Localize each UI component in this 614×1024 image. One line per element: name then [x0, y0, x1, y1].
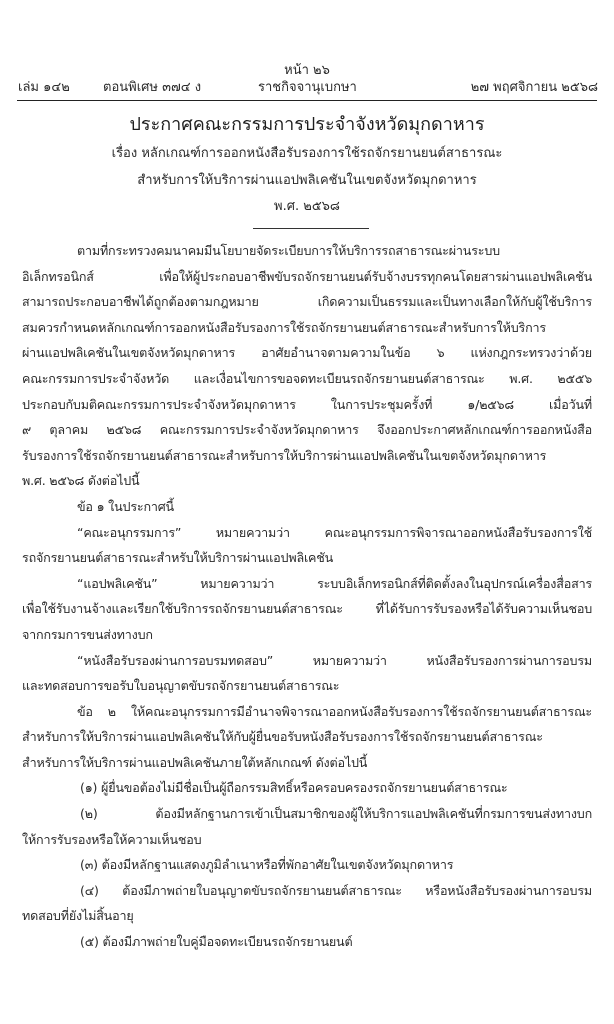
body-line: คณะกรรมการประจำจังหวัด และเงื่อนไขการขอจ…	[22, 366, 592, 392]
criteria-item: (๔) ต้องมีภาพถ่ายใบอนุญาตขับรถจักรยานยนต…	[22, 878, 592, 904]
body-line: ประกอบกับมติคณะกรรมการประจำจังหวัดมุกดาห…	[22, 392, 592, 418]
page-number: หน้า ๒๖	[0, 63, 614, 79]
gazette-name: ราชกิจจานุเบกษา	[258, 80, 357, 96]
clause-line: สำหรับการให้บริการผ่านแอปพลิเคชันภายใต้ห…	[22, 750, 592, 776]
definition-line: “หนังสือรับรองผ่านการอบรมทดสอบ” หมายความ…	[22, 648, 592, 674]
body-line: รับรองการใช้รถจักรยานยนต์สาธารณะสำหรับกา…	[22, 443, 592, 469]
clause-line: ข้อ ๒ ให้คณะอนุกรรมการมีอำนาจพิจารณาออกห…	[22, 699, 592, 725]
document-body: ตามที่กระทรวงคมนาคมมีนโยบายจัดระเบียบการ…	[22, 238, 592, 955]
criteria-item: (๒) ต้องมีหลักฐานการเข้าเป็นสมาชิกของผู้…	[22, 801, 592, 827]
definition-line: จากกรมการขนส่งทางบก	[22, 622, 592, 648]
body-line: ผ่านแอปพลิเคชันในเขตจังหวัดมุกดาหาร อาศั…	[22, 340, 592, 366]
clause-line: สำหรับการให้บริการผ่านแอปพลิเคชันให้กับผ…	[22, 724, 592, 750]
gazette-header: เล่ม ๑๔๒ ตอนพิเศษ ๓๗๔ ง ราชกิจจานุเบกษา …	[18, 80, 598, 98]
header-divider	[17, 100, 597, 101]
issue-label: ตอนพิเศษ ๓๗๔ ง	[103, 80, 201, 96]
publication-date: ๒๗ พฤศจิกายน ๒๕๖๘	[471, 80, 598, 96]
definition-line: “แอปพลิเคชัน” หมายความว่า ระบบอิเล็กทรอน…	[22, 571, 592, 597]
document-subject-line-1: เรื่อง หลักเกณฑ์การออกหนังสือรับรองการใช…	[0, 145, 614, 163]
criteria-item: (๑) ผู้ยื่นขอต้องไม่มีชื่อเป็นผู้ถือกรรม…	[22, 775, 592, 801]
title-separator	[253, 228, 369, 229]
clause-heading: ข้อ ๑ ในประกาศนี้	[22, 494, 592, 520]
document-title: ประกาศคณะกรรมการประจำจังหวัดมุกดาหาร	[0, 113, 614, 137]
body-line: ๙ ตุลาคม ๒๕๖๘ คณะกรรมการประจำจังหวัดมุกด…	[22, 417, 592, 443]
body-line: สามารถประกอบอาชีพได้ถูกต้องตามกฎหมาย เกิ…	[22, 289, 592, 315]
criteria-item: (๕) ต้องมีภาพถ่ายใบคู่มือจดทะเบียนรถจักร…	[22, 929, 592, 955]
criteria-item: ให้การรับรองหรือให้ความเห็นชอบ	[22, 827, 592, 853]
body-line: สมควรกำหนดหลักเกณฑ์การออกหนังสือรับรองกา…	[22, 315, 592, 341]
volume-label: เล่ม ๑๔๒	[18, 80, 70, 96]
body-line: ตามที่กระทรวงคมนาคมมีนโยบายจัดระเบียบการ…	[22, 238, 592, 264]
body-line: พ.ศ. ๒๕๖๘ ดังต่อไปนี้	[22, 468, 592, 494]
definition-line: และทดสอบการขอรับใบอนุญาตขับรถจักรยานยนต์…	[22, 673, 592, 699]
criteria-item: ทดสอบที่ยังไม่สิ้นอายุ	[22, 903, 592, 929]
definition-line: เพื่อใช้รับงานจ้างและเรียกใช้บริการรถจัก…	[22, 596, 592, 622]
criteria-item: (๓) ต้องมีหลักฐานแสดงภูมิลำเนาหรือที่พัก…	[22, 852, 592, 878]
definition-line: รถจักรยานยนต์สาธารณะสำหรับให้บริการผ่านแ…	[22, 545, 592, 571]
body-line: อิเล็กทรอนิกส์ เพื่อให้ผู้ประกอบอาชีพขับ…	[22, 264, 592, 290]
definition-line: “คณะอนุกรรมการ” หมายความว่า คณะอนุกรรมกา…	[22, 520, 592, 546]
document-subject-line-2: สำหรับการให้บริการผ่านแอปพลิเคชันในเขตจั…	[0, 172, 614, 190]
document-year: พ.ศ. ๒๕๖๘	[0, 198, 614, 216]
